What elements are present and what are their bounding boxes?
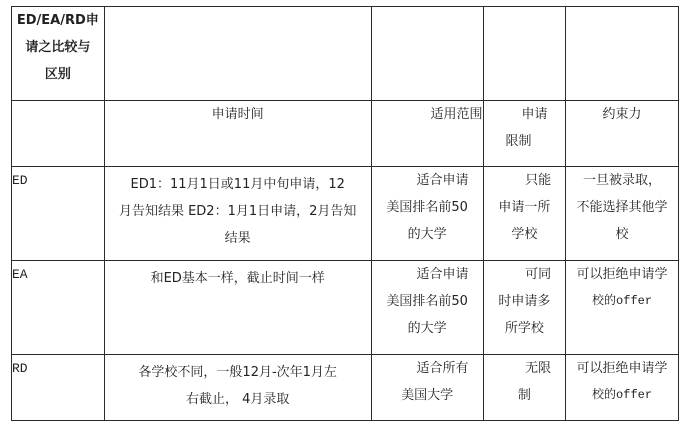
ea-binding-cell: 可以拒绝申请学 校的offer: [566, 261, 679, 355]
ea-time-cell: 和ED基本一样，截止时间一样: [104, 261, 371, 355]
header-binding: 约束力: [566, 101, 679, 167]
table-title-line-2: 请之比较与: [12, 34, 104, 61]
ea-scope-cell: 适合申请 美国排名前50 的大学: [371, 261, 483, 355]
table-title-line-1: ED/EA/RD申: [12, 7, 104, 34]
rd-scope-line-1: 适合所有: [372, 355, 483, 382]
ea-scope-line-2: 美国排名前50: [372, 288, 483, 315]
empty-cell: [371, 7, 483, 101]
ed-limit-line-1: 只能: [484, 167, 566, 194]
ed-limit-line-3: 学校: [484, 221, 566, 248]
table-title-cell: ED/EA/RD申 请之比较与 区别: [12, 7, 105, 101]
ed-time-cell: ED1：11月1日或11月中旬申请，12 月告知结果 ED2：1月1日申请，2月…: [104, 167, 371, 261]
ed-limit-line-2: 申请一所: [484, 194, 566, 221]
rd-limit-line-1: 无限: [484, 355, 566, 382]
ed-limit-cell: 只能 申请一所 学校: [483, 167, 566, 261]
rd-time-cell: 各学校不同，一般12月-次年1月左 右截止， 4月录取: [104, 355, 371, 421]
ed-scope-line-2: 美国排名前50: [372, 194, 483, 221]
ed-time-line-1: ED1：11月1日或11月中旬申请，12: [111, 171, 365, 198]
table-row-ed: ED ED1：11月1日或11月中旬申请，12 月告知结果 ED2：1月1日申请…: [12, 167, 679, 261]
ea-limit-cell: 可同 时申请多 所学校: [483, 261, 566, 355]
rd-binding-line-1: 可以拒绝申请学: [566, 355, 678, 382]
ea-limit-line-1: 可同: [484, 261, 566, 288]
empty-cell: [566, 7, 679, 101]
rd-time-line-2: 右截止， 4月录取: [111, 386, 365, 413]
ed-binding-line-1: 一旦被录取，: [566, 167, 678, 194]
ed-time-line-3: 结果: [111, 225, 365, 252]
row-label-ea: EA: [12, 261, 105, 355]
rd-binding-cell: 可以拒绝申请学 校的offer: [566, 355, 679, 421]
ed-time-line-2: 月告知结果 ED2：1月1日申请，2月告知: [111, 198, 365, 225]
rd-limit-cell: 无限 制: [483, 355, 566, 421]
rd-binding-line-2: 校的offer: [566, 382, 678, 409]
empty-cell: [104, 7, 371, 101]
ea-binding-line-1: 可以拒绝申请学: [566, 261, 678, 288]
ea-time-line-1: 和ED基本一样，截止时间一样: [111, 265, 365, 292]
ed-binding-cell: 一旦被录取， 不能选择其他学 校: [566, 167, 679, 261]
ea-scope-line-1: 适合申请: [372, 261, 483, 288]
ed-binding-line-3: 校: [566, 221, 678, 248]
ea-scope-line-3: 的大学: [372, 315, 483, 342]
empty-cell: [12, 101, 105, 167]
row-label-ed: ED: [12, 167, 105, 261]
ea-limit-line-2: 时申请多: [484, 288, 566, 315]
ed-scope-line-1: 适合申请: [372, 167, 483, 194]
header-row: 申请时间 适用范围 申请 限制 约束力: [12, 101, 679, 167]
header-limit: 申请 限制: [483, 101, 566, 167]
rd-limit-line-2: 制: [484, 382, 566, 409]
row-label-rd: RD: [12, 355, 105, 421]
table-row-rd: RD 各学校不同，一般12月-次年1月左 右截止， 4月录取 适合所有 美国大学…: [12, 355, 679, 421]
header-time: 申请时间: [104, 101, 371, 167]
ed-ea-rd-comparison-table: ED/EA/RD申 请之比较与 区别 申请时间 适用范围 申请 限制 约束力 E…: [11, 6, 679, 421]
header-limit-line-1: 申请: [506, 101, 566, 128]
table-row-ea: EA 和ED基本一样，截止时间一样 适合申请 美国排名前50 的大学 可同 时申…: [12, 261, 679, 355]
table-title-line-3: 区别: [12, 61, 104, 88]
ed-scope-cell: 适合申请 美国排名前50 的大学: [371, 167, 483, 261]
ed-binding-line-2: 不能选择其他学: [566, 194, 678, 221]
rd-scope-cell: 适合所有 美国大学: [371, 355, 483, 421]
title-row: ED/EA/RD申 请之比较与 区别: [12, 7, 679, 101]
empty-cell: [483, 7, 566, 101]
rd-time-line-1: 各学校不同，一般12月-次年1月左: [111, 359, 365, 386]
header-scope: 适用范围: [371, 101, 483, 167]
ea-limit-line-3: 所学校: [484, 315, 566, 342]
header-limit-line-2: 限制: [506, 128, 566, 155]
ed-scope-line-3: 的大学: [372, 221, 483, 248]
rd-scope-line-2: 美国大学: [372, 382, 483, 409]
ea-binding-line-2: 校的offer: [566, 288, 678, 315]
